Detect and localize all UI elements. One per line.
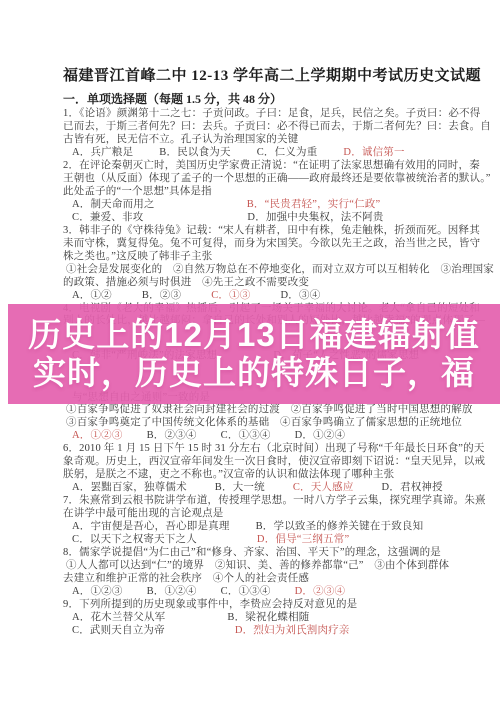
text-segment: 8．儒家学说提倡“为仁由己”和“修身、齐家、治国、平天下”的理念，这强调的是 xyxy=(63,547,441,558)
exam-line: 8．儒家学说提倡“为仁由己”和“修身、齐家、治国、平天下”的理念，这强调的是 xyxy=(63,546,441,559)
text-segment: ①百家争鸣促进了奴隶社会向封建社会的过渡 ②百家争鸣促进了当时中国思想的解放 xyxy=(66,404,473,415)
exam-line: 2．在评论秦朝灭亡时，美国历史学家费正清说：“在证明了法家思想确有效用的同时，秦 xyxy=(63,159,480,172)
exam-line: 去建立和维护正常的社会秩序 ④个人的社会责任感 xyxy=(63,572,309,585)
text-segment: ①人人都可以达到“仁”的境界 ②知识、美、善的修养都靠“己” ③由个体到群体 xyxy=(66,560,449,571)
text-segment: 此处孟子的“一个思想”具体是指 xyxy=(63,186,212,197)
exam-line: A．制天命而用之B．“民贵君轻”，实行“仁政” xyxy=(72,198,380,211)
exam-line: 耒而守株，冀复得兔。兔不可复得，而身为宋国笑。今欲以先王之政，治当世之民，皆守 xyxy=(63,237,480,250)
watermark-headline-line2: 实时，历史上的特殊日子，福 xyxy=(8,355,500,391)
text-segment: 2．在评论秦朝灭亡时，美国历史学家费正清说：“在证明了法家思想确有效用的同时，秦 xyxy=(63,160,480,171)
text-segment: D．加强中央集权，法不阿贵 xyxy=(247,212,383,223)
answer-text-red: B．“民贵君轻”，实行“仁政” xyxy=(247,199,381,210)
text-segment: C．仁义为重 xyxy=(257,147,318,158)
exam-line: 7．朱熹常到云根书院讲学布道，传授理学思想。一时八方学子云集，探究理学真谛。朱熹 xyxy=(63,494,486,507)
text-segment: A．花木兰替父从军 xyxy=(72,612,165,623)
exam-line: 的政策、措施必须与时俱进 ④先王之政不需要改变 xyxy=(63,276,309,289)
exam-line: 9．下列所提到的历史现象或事件中，李贽应会持反对意见的是 xyxy=(63,598,357,611)
text-segment: B．学以致圣的修养关键在于致良知 xyxy=(256,521,424,532)
text-segment: B．②③ xyxy=(142,290,181,301)
exam-line: 在讲学中最可能出现的言论观点是 xyxy=(63,507,224,520)
answer-text-red: D．倡导“三纲五常” xyxy=(257,534,349,545)
exam-line: C．武则天自立为帝D．烈妇为刘氏割肉疗亲 xyxy=(72,624,350,637)
exam-line: A．兵广粮足B．民以食为天C．仁义为重D．诚信第一 xyxy=(72,146,405,159)
exam-line: 此处孟子的“一个思想”具体是指 xyxy=(63,185,212,198)
text-segment: C．武则天自立为帝 xyxy=(72,625,165,636)
text-segment: D．①②④ xyxy=(295,430,346,441)
exam-line: 3．韩非子的《守株待兔》记载：“宋人有耕者，田中有株，兔走触株，折颈而死。因释其 xyxy=(63,224,480,237)
answer-text-red: C．天人感应 xyxy=(293,482,354,493)
exam-line: ①百家争鸣促进了奴隶社会向封建社会的过渡 ②百家争鸣促进了当时中国思想的解放 xyxy=(66,403,473,416)
text-segment: A．罢黜百家，独尊儒术 xyxy=(72,482,187,493)
text-segment: B．梁祝化蝶相随 xyxy=(227,612,309,623)
text-segment: ①社会是发展变化的 ②自然万物总在不停地变化，而对立双方可以互相转化 ③治理国家 xyxy=(66,264,494,275)
exam-line: C．兼爱、非攻D．加强中央集权，法不阿贵 xyxy=(72,211,384,224)
text-segment: A．宇宙便是吾心，吾心即是真理 xyxy=(72,521,230,532)
text-segment: 1．《论语》颜渊第十二之七：子贡问政。子曰：足食，足兵，民信之矣。子贡曰：必不得 xyxy=(63,108,481,119)
text-segment: C．①③④ xyxy=(221,430,271,441)
exam-line: 已而去，于斯三者何先？曰：去兵。子贡曰：必不得已而去，于斯二者何先？曰：去食。自 xyxy=(63,120,491,133)
text-segment: 王朝也（从反面）体现了孟子的一个思想的正确——政府最终还是要依靠被统治者的默认。… xyxy=(63,173,491,184)
exam-line: 古皆有死，民无信不立。孔子认为治理国家的关键 xyxy=(63,133,298,146)
text-segment: 6．2010 年 1 月 15 日下午 15 时 31 分左右（北京时间）出现了… xyxy=(63,443,485,454)
exam-line: A．①②③B．②③④C．①③④D．①②④ xyxy=(72,429,345,442)
watermark-overlay: 历史上的12月13日福建辐射值 实时，历史上的特殊日子，福 xyxy=(8,304,500,404)
exam-title: 福建晋江首峰二中 12-13 学年高二上学期期中考试历史文试题 xyxy=(63,64,481,85)
exam-line: 1．《论语》颜渊第十二之七：子贡问政。子曰：足食，足兵，民信之矣。子贡曰：必不得 xyxy=(63,107,481,120)
text-segment: B．民以食为天 xyxy=(159,147,230,158)
text-segment: 3．韩非子的《守株待兔》记载：“宋人有耕者，田中有株，兔走触株，折颈而死。因释其 xyxy=(63,225,480,236)
exam-line: A．罢黜百家，独尊儒术B．大一统C．天人感应D．君权神授 xyxy=(72,481,443,494)
section-header: 一．单项选择题（每题 1.5 分，共 48 分） xyxy=(63,90,282,107)
text-segment: 的政策、措施必须与时俱进 ④先王之政不需要改变 xyxy=(63,277,309,288)
text-segment: 去建立和维护正常的社会秩序 ④个人的社会责任感 xyxy=(63,573,309,584)
exam-line: 象奇观。历史上，西汉宣帝年间发生一次日食时，使汉宣帝即刻下诏说：“皇天见异，以戒 xyxy=(63,455,485,468)
answer-text-red: D．诚信第一 xyxy=(343,147,404,158)
text-segment: ③百家争鸣奠定了中国传统文化体系的基础 ④百家争鸣确立了儒家思想的正统地位 xyxy=(66,417,462,428)
exam-line: 6．2010 年 1 月 15 日下午 15 时 31 分左右（北京时间）出现了… xyxy=(63,442,485,455)
exam-line: A．花木兰替父从军B．梁祝化蝶相随 xyxy=(72,611,310,624)
exam-line: C．以天下之权寄天下之人D．倡导“三纲五常” xyxy=(72,533,349,546)
text-segment: B．②③④ xyxy=(147,430,197,441)
text-segment: 古皆有死，民无信不立。孔子认为治理国家的关键 xyxy=(63,134,298,145)
exam-line: A．①②B．②③C．①③D．③④ xyxy=(72,289,320,302)
text-segment: 7．朱熹常到云根书院讲学布道，传授理学思想。一时八方学子云集，探究理学真谛。朱熹 xyxy=(63,495,486,506)
text-segment: C．兼爱、非攻 xyxy=(72,212,143,223)
text-segment: 9．下列所提到的历史现象或事件中，李贽应会持反对意见的是 xyxy=(63,599,357,610)
answer-text-red: A．①②③ xyxy=(72,430,123,441)
text-segment: C．以天下之权寄天下之人 xyxy=(72,534,197,545)
text-segment: 已而去，于斯三者何先？曰：去兵。子贡曰：必不得已而去，于斯二者何先？曰：去食。自 xyxy=(63,121,491,132)
exam-line: A．①②③B．①②④C．①③④D．②③④ xyxy=(72,585,345,598)
text-segment: A．①②③ xyxy=(72,586,123,597)
exam-line: ③百家争鸣奠定了中国传统文化体系的基础 ④百家争鸣确立了儒家思想的正统地位 xyxy=(66,416,462,429)
exam-page: 福建晋江首峰二中 12-13 学年高二上学期期中考试历史文试题 一．单项选择题（… xyxy=(0,0,500,707)
text-segment: 株之类也。”这反映了韩非子主张 xyxy=(63,251,212,262)
text-segment: 朕躬，是朕之不逮，吏之不称也。”汉宣帝的认识和做法体现了哪种主张 xyxy=(63,469,394,480)
text-segment: A．兵广粮足 xyxy=(72,147,133,158)
answer-text-red: D．②③④ xyxy=(295,586,346,597)
text-segment: 象奇观。历史上，西汉宣帝年间发生一次日食时，使汉宣帝即刻下诏说：“皇天见异，以戒 xyxy=(63,456,485,467)
text-segment: A．制天命而用之 xyxy=(72,199,155,210)
exam-line: ①人人都可以达到“仁”的境界 ②知识、美、善的修养都靠“己” ③由个体到群体 xyxy=(66,559,449,572)
exam-line: 王朝也（从反面）体现了孟子的一个思想的正确——政府最终还是要依靠被统治者的默认。… xyxy=(63,172,491,185)
watermark-headline-line1: 历史上的12月13日福建辐射值 xyxy=(8,317,500,353)
text-segment: D．③④ xyxy=(281,290,321,301)
answer-text-red: C．①③ xyxy=(211,290,250,301)
text-segment: A．①② xyxy=(72,290,112,301)
text-segment: 耒而守株，冀复得兔。兔不可复得，而身为宋国笑。今欲以先王之政，治当世之民，皆守 xyxy=(63,238,480,249)
text-segment: 在讲学中最可能出现的言论观点是 xyxy=(63,508,224,519)
exam-line: 株之类也。”这反映了韩非子主张 xyxy=(63,250,212,263)
text-segment: C．①③④ xyxy=(221,586,271,597)
text-segment: B．大一统 xyxy=(215,482,265,493)
text-segment: B．①②④ xyxy=(147,586,197,597)
exam-line: ①社会是发展变化的 ②自然万物总在不停地变化，而对立双方可以互相转化 ③治理国家 xyxy=(66,263,494,276)
text-segment: D．君权神授 xyxy=(382,482,443,493)
exam-line: A．宇宙便是吾心，吾心即是真理B．学以致圣的修养关键在于致良知 xyxy=(72,520,423,533)
exam-line: 朕躬，是朕之不逮，吏之不称也。”汉宣帝的认识和做法体现了哪种主张 xyxy=(63,468,394,481)
answer-text-red: D．烈妇为刘氏割肉疗亲 xyxy=(235,625,350,636)
